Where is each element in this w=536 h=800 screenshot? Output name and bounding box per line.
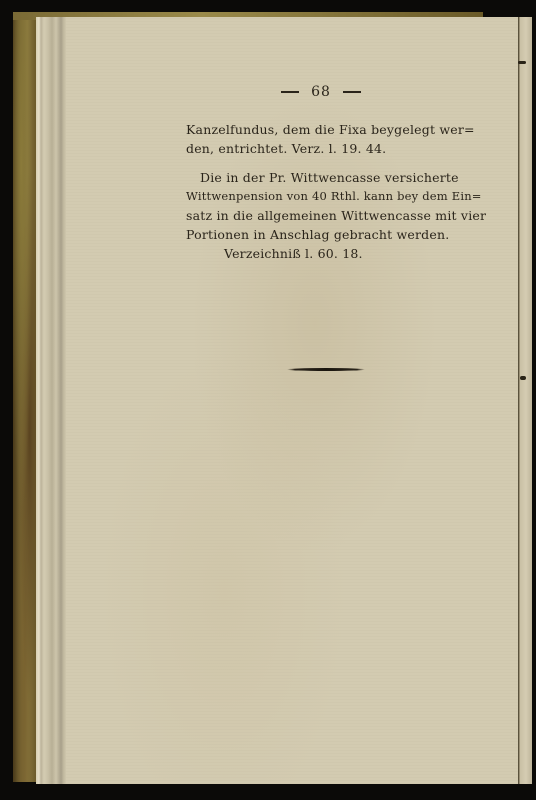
page-mark (520, 376, 526, 380)
section-divider-rule (287, 368, 365, 371)
page-number-value: 68 (311, 84, 331, 100)
text-line: Portionen in Anschlag gebracht werden. (186, 227, 449, 242)
text-line: Verzeichniß l. 60. 18. (224, 246, 363, 261)
text-line: Die in der Pr. Wittwencasse versicherte (200, 170, 459, 185)
page-edges-stack (36, 17, 68, 784)
text-line: satz in die allgemeinen Wittwencasse mit… (186, 208, 486, 223)
facing-page-edge (518, 17, 532, 784)
text-line: den, entrichtet. Verz. l. 19. 44. (186, 141, 386, 156)
page-mark (518, 61, 526, 64)
dash-left (281, 91, 299, 93)
page-number: 68 (186, 84, 456, 100)
text-line: Kanzelfundus, dem die Fixa beygelegt wer… (186, 122, 475, 137)
text-line: Wittwenpension von 40 Rthl. kann bey dem… (186, 189, 482, 203)
dash-right (343, 91, 361, 93)
